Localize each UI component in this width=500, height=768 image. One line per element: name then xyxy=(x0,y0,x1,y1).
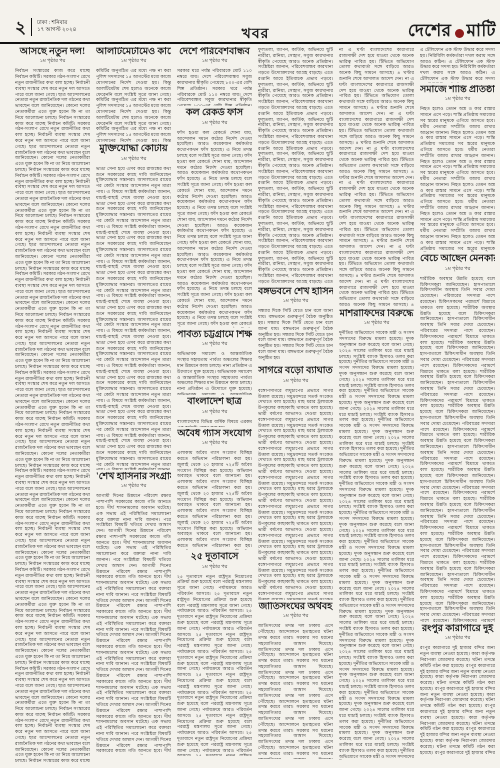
article-body: এলাকায় অবৈধ গ্যাস সংযোগ বিচ্ছিন্ন করতে … xyxy=(177,450,252,550)
article-headline: আলটিমেটামেও কাজে xyxy=(96,47,171,57)
article-headline: বঙ্গভবনে শেখ হাসিনা xyxy=(258,287,333,297)
article-body: ভাঙা সেনা হয়ে এসব করে রাজস্বের কথা শুনে… xyxy=(96,166,171,470)
article-headline: মুক্তিযোদ্ধা কোটায় xyxy=(96,144,171,154)
article: জাতিসংঘের অর্থবহ ১ম পৃষ্ঠার পর জাতিসংঘের… xyxy=(258,602,333,759)
header-rule xyxy=(0,42,500,44)
continued-from-label: ১ম পৃষ্ঠার পর xyxy=(96,58,171,66)
article: সমাজে শান্তি প্রতিষ্ঠায় ১ম পৃষ্ঠার পর ন… xyxy=(420,85,495,252)
continued-from-label: ১ম পৃষ্ঠার পর xyxy=(177,440,252,448)
article: রংপুর কারাগারে দুই ১ম পৃষ্ঠার পর রংপুর ক… xyxy=(420,624,495,755)
article-headline: আসছে নতুন দল! xyxy=(15,47,90,57)
article: অবৈধ গ্যাস সংযোগ ১ম পৃষ্ঠার পর এলাকায় অ… xyxy=(177,429,252,550)
article-body: নিহত হলেও তেমন অস্ত্র ও কার রাস্তার সামন… xyxy=(420,106,495,252)
continued-from-label: ১ম পৃষ্ঠার পর xyxy=(420,266,495,274)
article-headline: কল রেকর্ড ফাঁস xyxy=(177,108,252,118)
article: দেশে পরিবেশবান্ধব ১ম পৃষ্ঠার পর সরকার ঘর… xyxy=(177,47,252,106)
continued-from-label: ১ম পৃষ্ঠার পর xyxy=(177,120,252,128)
article-body: আগামী দিনের উন্নয়নে পরিবেশ রক্ষার পাশাপ… xyxy=(96,493,171,755)
article-body: সরকার ঘরে পর্যন্ত পরিবারকে মোট ১১০ নম্বর… xyxy=(177,68,252,106)
article-headline: বাংলাদেশ ছাত্র xyxy=(177,397,252,407)
continued-from-label: ১ম পৃষ্ঠার পর xyxy=(177,564,252,572)
news-column-3: দেশে পরিবেশবান্ধব ১ম পৃষ্ঠার পর সরকার ঘর… xyxy=(177,47,252,766)
article: পার্বত্য চট্টগ্রামে শিক্ষার ১ম পৃষ্ঠার প… xyxy=(177,330,252,395)
article-body: কমিটির অনুগঠিত এর মধ্যে পক্ষ না করা পুলি… xyxy=(96,68,171,142)
article: এ টেলিফোন এক স্টাফ উদ্ধার করে সদস্য হয়।… xyxy=(420,47,495,83)
article: সাগরে বড়ো ব্যাঘাত ১ম পৃষ্ঠার পর বঙ্গোপস… xyxy=(258,366,333,599)
news-column-2: আলটিমেটামেও কাজে ১ম পৃষ্ঠার পর কমিটির অন… xyxy=(96,47,171,766)
news-columns: আসছে নতুন দল! ১ম পৃষ্ঠার পর নির্বাচন সংস… xyxy=(15,47,496,766)
article: না এ ঘণ্টা বাংলাদেশের কারাগারে রাজসাক্ষী… xyxy=(339,47,414,307)
page-header: ২ ঢাকা : শনিবার ১৭ আগস্ট ২০২৪ খবর দেশের … xyxy=(15,18,496,42)
article-body: নির্বাচন সংস্কারের কাজ করে যাচ্ছে নির্বা… xyxy=(15,68,90,762)
article: ফুলতলা, জাপন, কার্তিক, অভিনয়ে ছুটি নারী… xyxy=(258,47,333,285)
article-body: ফুলতলা, জাপন, কার্তিক, অভিনয়ে ছুটি নারী… xyxy=(258,47,333,285)
article-headline: জাতিসংঘের অর্থবহ xyxy=(258,602,333,612)
article-headline: 'শেখ হাসিনার সংগ্রাম xyxy=(96,472,171,482)
article: মাশরাফিদের বিরুদ্ধে ১ম পৃষ্ঠার পর দুর্নী… xyxy=(339,309,414,760)
article-headline: রংপুর কারাগারে দুই xyxy=(420,624,495,634)
article-body: রংপুর কারাগারে দুই হাজার বন্দির জন্য নতু… xyxy=(420,645,495,755)
article-body: অভিভাবক সমাবেশ ও আন্তর্জাতিক সংস্থার সহা… xyxy=(177,351,252,395)
continued-from-label: ১ম পৃষ্ঠার পর xyxy=(258,298,333,306)
continued-from-label: ১ম পৃষ্ঠার পর xyxy=(258,613,333,621)
article-headline: পার্বত্য চট্টগ্রামে শিক্ষার xyxy=(177,330,252,340)
continued-from-label: ১ম পৃষ্ঠার পর xyxy=(177,341,252,349)
article: আসছে নতুন দল! ১ম পৃষ্ঠার পর নির্বাচন সংস… xyxy=(15,47,90,762)
continued-from-label: ১ম পৃষ্ঠার পর xyxy=(96,156,171,164)
news-column-6: এ টেলিফোন এক স্টাফ উদ্ধার করে সদস্য হয়।… xyxy=(420,47,495,766)
continued-from-label: ১ম পৃষ্ঠার পর xyxy=(96,483,171,491)
article: 'শেখ হাসিনার সংগ্রাম ১ম পৃষ্ঠার পর আগামী… xyxy=(96,472,171,755)
article-body: দুর্নীতির অভিযোগে সাবেক মন্ত্রী ও সংসদ স… xyxy=(339,330,414,760)
continued-from-label: ১ম পৃষ্ঠার পর xyxy=(339,320,414,328)
article-body: না এ ঘণ্টা বাংলাদেশের কারাগারে রাজসাক্ষী… xyxy=(339,47,414,307)
article-headline: মাশরাফিদের বিরুদ্ধে xyxy=(339,309,414,319)
article-headline: দেশে পরিবেশবান্ধব xyxy=(177,47,252,57)
article-body: সন্ধ্যার দিকে সিটি যেতে চান বলে জানা যায… xyxy=(258,308,333,364)
article-body: বাংলাদেশের বিভিন্ন বার্ষিক বিষয়ে এরকম এ… xyxy=(177,419,252,427)
article-headline: সাগরে বড়ো ব্যাঘাত xyxy=(258,366,333,376)
article-headline: ২৫ দূতাবাসে xyxy=(177,552,252,562)
article-headline: বেঁচে আছেন মেনকার xyxy=(420,254,495,264)
article-body: ফাঁস হওয়া কল রেকর্ডে শোনা যায়, আন্দোলন… xyxy=(177,130,252,328)
continued-from-label: ১ম পৃষ্ঠার পর xyxy=(258,378,333,386)
article-body: শারীরিক অবস্থার উন্নতি হয়েছে বলে চিকিৎস… xyxy=(420,276,495,622)
article-body: বঙ্গোপসাগরে লঘুচাপের প্রভাবে সাগর উত্তাল… xyxy=(258,388,333,600)
news-column-1: আসছে নতুন দল! ১ম পৃষ্ঠার পর নির্বাচন সংস… xyxy=(15,47,90,766)
continued-from-label: ১ম পৃষ্ঠার পর xyxy=(177,58,252,66)
article-headline: অবৈধ গ্যাস সংযোগ xyxy=(177,429,252,439)
article-body: জাতিসংঘের তদন্ত দল ঢাকায় এসে পৌঁছেছে। আ… xyxy=(258,623,333,759)
continued-from-label: ১ম পৃষ্ঠার পর xyxy=(15,58,90,66)
article: মুক্তিযোদ্ধা কোটায় ১ম পৃষ্ঠার পর ভাঙা স… xyxy=(96,144,171,469)
article: ২৫ দূতাবাসে ১ম পৃষ্ঠার পর ২৫ দূতাবাসে নত… xyxy=(177,552,252,755)
article: বেঁচে আছেন মেনকার ১ম পৃষ্ঠার পর শারীরিক … xyxy=(420,254,495,621)
article: বাংলাদেশ ছাত্র ১ম পৃষ্ঠার পর বাংলাদেশের … xyxy=(177,397,252,426)
news-column-4: ফুলতলা, জাপন, কার্তিক, অভিনয়ে ছুটি নারী… xyxy=(258,47,333,766)
news-column-5: না এ ঘণ্টা বাংলাদেশের কারাগারে রাজসাক্ষী… xyxy=(339,47,414,766)
continued-from-label: ১ম পৃষ্ঠার পর xyxy=(420,635,495,643)
continued-from-label: ১ম পৃষ্ঠার পর xyxy=(420,96,495,104)
article-body: ২৫ দূতাবাসে নতুন রাষ্ট্রদূত নিয়োগের প্র… xyxy=(177,574,252,756)
article-body: এ টেলিফোন এক স্টাফ উদ্ধার করে সদস্য হয়।… xyxy=(420,47,495,83)
continued-from-label: ১ম পৃষ্ঠার পর xyxy=(177,409,252,417)
article-headline: সমাজে শান্তি প্রতিষ্ঠায় xyxy=(420,85,495,95)
article: বঙ্গভবনে শেখ হাসিনা ১ম পৃষ্ঠার পর সন্ধ্য… xyxy=(258,287,333,364)
masthead-dot-icon xyxy=(455,29,464,38)
article: কল রেকর্ড ফাঁস ১ম পৃষ্ঠার পর ফাঁস হওয়া … xyxy=(177,108,252,327)
article: আলটিমেটামেও কাজে ১ম পৃষ্ঠার পর কমিটির অন… xyxy=(96,47,171,142)
